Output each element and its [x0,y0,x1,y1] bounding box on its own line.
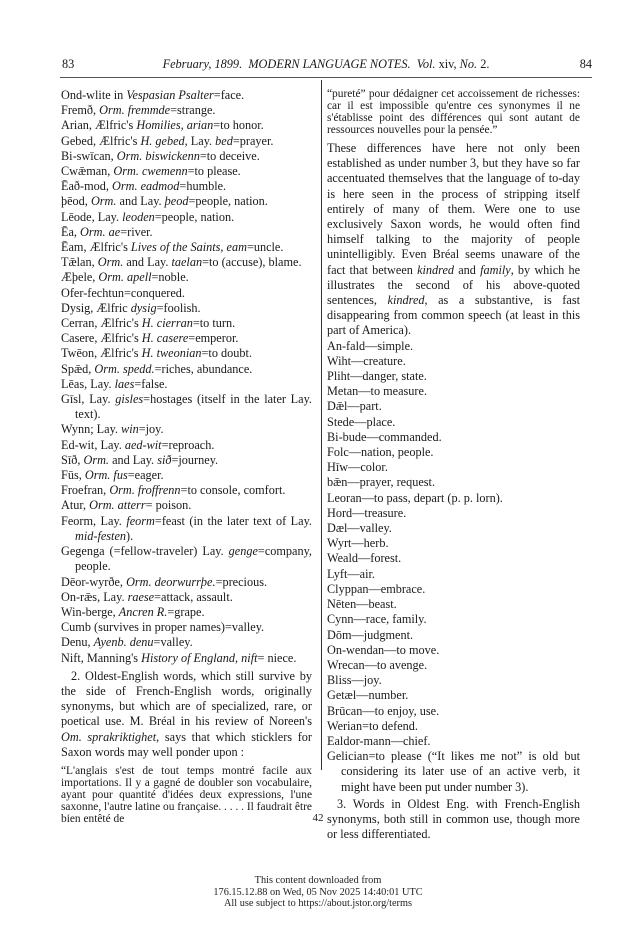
glossary-entry: Feorm, Lay. feorm=feast (in the later te… [61,514,312,544]
glossary-entry: Getæl—number. [327,688,580,703]
jstor-footer: This content downloaded from 176.15.12.8… [0,875,636,910]
glossary-entry: Fremð, Orm. fremmde=strange. [61,103,312,118]
glossary-entry: Win-berge, Ancren R.=grape. [61,605,312,620]
running-header: 83 February, 1899. MODERN LANGUAGE NOTES… [60,57,592,75]
glossary-entry: Spǣd, Orm. spedd.=riches, abundance. [61,362,312,377]
glossary-entry: Dæl—valley. [327,521,580,536]
glossary-entry: Ond-wlite in Vespasian Psalter=face. [61,88,312,103]
glossary-entry: Ealdor-mann—chief. [327,734,580,749]
footer-line-3: All use subject to https://about.jstor.o… [0,898,636,910]
glossary-entry: Atur, Orm. atterr= poison. [61,498,312,513]
glossary-entry: Bliss—joy. [327,673,580,688]
glossary-entry: Hīw—color. [327,460,580,475]
glossary-list-left: Ond-wlite in Vespasian Psalter=face.Frem… [61,88,312,666]
glossary-entry: Ēað-mod, Orm. eadmod=humble. [61,179,312,194]
page-number-right: 84 [580,57,592,72]
glossary-entry: Wrecan—to avenge. [327,658,580,673]
glossary-entry: Tǣlan, Orm. and Lay. taelan=to (accuse),… [61,255,312,270]
no-value: 2. [480,57,489,71]
glossary-entry: Arian, Ælfric's Homilies, arian=to honor… [61,118,312,133]
glossary-entry: Ēam, Ælfric's Lives of the Saints, eam=u… [61,240,312,255]
glossary-entry: Weald—forest. [327,551,580,566]
glossary-entry: Denu, Ayenb. denu=valley. [61,635,312,650]
commentary-paragraph: These differences have here not only bee… [327,141,580,339]
glossary-entry: Pliht—danger, state. [327,369,580,384]
footer-line-2: 176.15.12.88 on Wed, 05 Nov 2025 14:40:0… [0,887,636,899]
glossary-entry: Cumb (survives in proper names)=valley. [61,620,312,635]
glossary-entry: Gelician=to please (“It likes me not” is… [327,749,580,795]
folio-number: 42 [0,812,636,824]
glossary-entry: Brūcan—to enjoy, use. [327,704,580,719]
glossary-entry: Wynn; Lay. win=joy. [61,422,312,437]
left-column: Ond-wlite in Vespasian Psalter=face.Frem… [61,88,312,825]
footer-line-1: This content downloaded from [0,875,636,887]
vol-value: xiv, [439,57,457,71]
glossary-entry: Æþele, Orm. apell=noble. [61,270,312,285]
glossary-entry: Cwǣman, Orm. cwemenn=to please. [61,164,312,179]
glossary-entry: Ēa, Orm. ae=river. [61,225,312,240]
glossary-entry: Ofer-fechtun=conquered. [61,286,312,301]
glossary-entry: Sīð, Orm. and Lay. sið=journey. [61,453,312,468]
glossary-entry: Metan—to measure. [327,384,580,399]
glossary-entry: Lēas, Lay. laes=false. [61,377,312,392]
glossary-entry: Casere, Ælfric's H. casere=emperor. [61,331,312,346]
right-column: “pureté” pour dédaigner cet accoissement… [327,88,580,842]
glossary-entry: Clyppan—embrace. [327,582,580,597]
glossary-entry: Dǣl—part. [327,399,580,414]
vol-label: Vol. [417,57,436,71]
glossary-entry: Dysig, Ælfric dysig=foolish. [61,301,312,316]
no-label: No. [460,57,477,71]
glossary-entry: An-fald—simple. [327,339,580,354]
glossary-entry: Gegenga (=fellow-traveler) Lay. genge=co… [61,544,312,574]
glossary-entry: Cynn—race, family. [327,612,580,627]
glossary-entry: Ed-wit, Lay. aed-wit=reproach. [61,438,312,453]
glossary-entry: Gīsl, Lay. gisles=hostages (itself in th… [61,392,312,422]
glossary-entry: Cerran, Ælfric's H. cierran=to turn. [61,316,312,331]
french-quote-continued: “pureté” pour dédaigner cet accoissement… [327,88,580,136]
glossary-entry: Leoran—to pass, depart (p. p. lorn). [327,491,580,506]
glossary-entry: Twēon, Ælfric's H. tweonian=to doubt. [61,346,312,361]
glossary-entry: Fūs, Orm. fus=eager. [61,468,312,483]
journal-title: MODERN LANGUAGE NOTES. [248,57,410,71]
glossary-entry: Bi-bude—commanded. [327,430,580,445]
column-separator [321,80,322,770]
glossary-entry: On-rǣs, Lay. raese=attack, assault. [61,590,312,605]
glossary-entry: Froefran, Orm. froffrenn=to console, com… [61,483,312,498]
glossary-entry: Dōm—judgment. [327,628,580,643]
glossary-entry: Dēor-wyrðe, Orm. deorwurrþe.=precious. [61,575,312,590]
glossary-entry: Folc—nation, people. [327,445,580,460]
glossary-entry: Wiht—creature. [327,354,580,369]
glossary-entry: Nift, Manning's History of England, nift… [61,651,312,666]
glossary-entry: Stede—place. [327,415,580,430]
glossary-entry: Lēode, Lay. leoden=people, nation. [61,210,312,225]
glossary-entry: Nēten—beast. [327,597,580,612]
glossary-entry: Werian=to defend. [327,719,580,734]
header-title: February, 1899. MODERN LANGUAGE NOTES. V… [60,57,592,72]
header-date: February, 1899. [163,57,243,71]
section-2-paragraph: 2. Oldest-English words, which still sur… [61,669,312,760]
glossary-entry: Lyft—air. [327,567,580,582]
glossary-entry: þēod, Orm. and Lay. þeod=people, nation. [61,194,312,209]
glossary-entry: On-wendan—to move. [327,643,580,658]
glossary-entry: Wyrt—herb. [327,536,580,551]
glossary-entry: bǣn—prayer, request. [327,475,580,490]
glossary-entry: Hord—treasure. [327,506,580,521]
header-rule [60,77,592,78]
glossary-list-right: An-fald—simple.Wiht—creature.Pliht—dange… [327,339,580,795]
glossary-entry: Bi-swīcan, Orm. biswickenn=to deceive. [61,149,312,164]
glossary-entry: Gebed, Ælfric's H. gebed, Lay. bed=praye… [61,134,312,149]
